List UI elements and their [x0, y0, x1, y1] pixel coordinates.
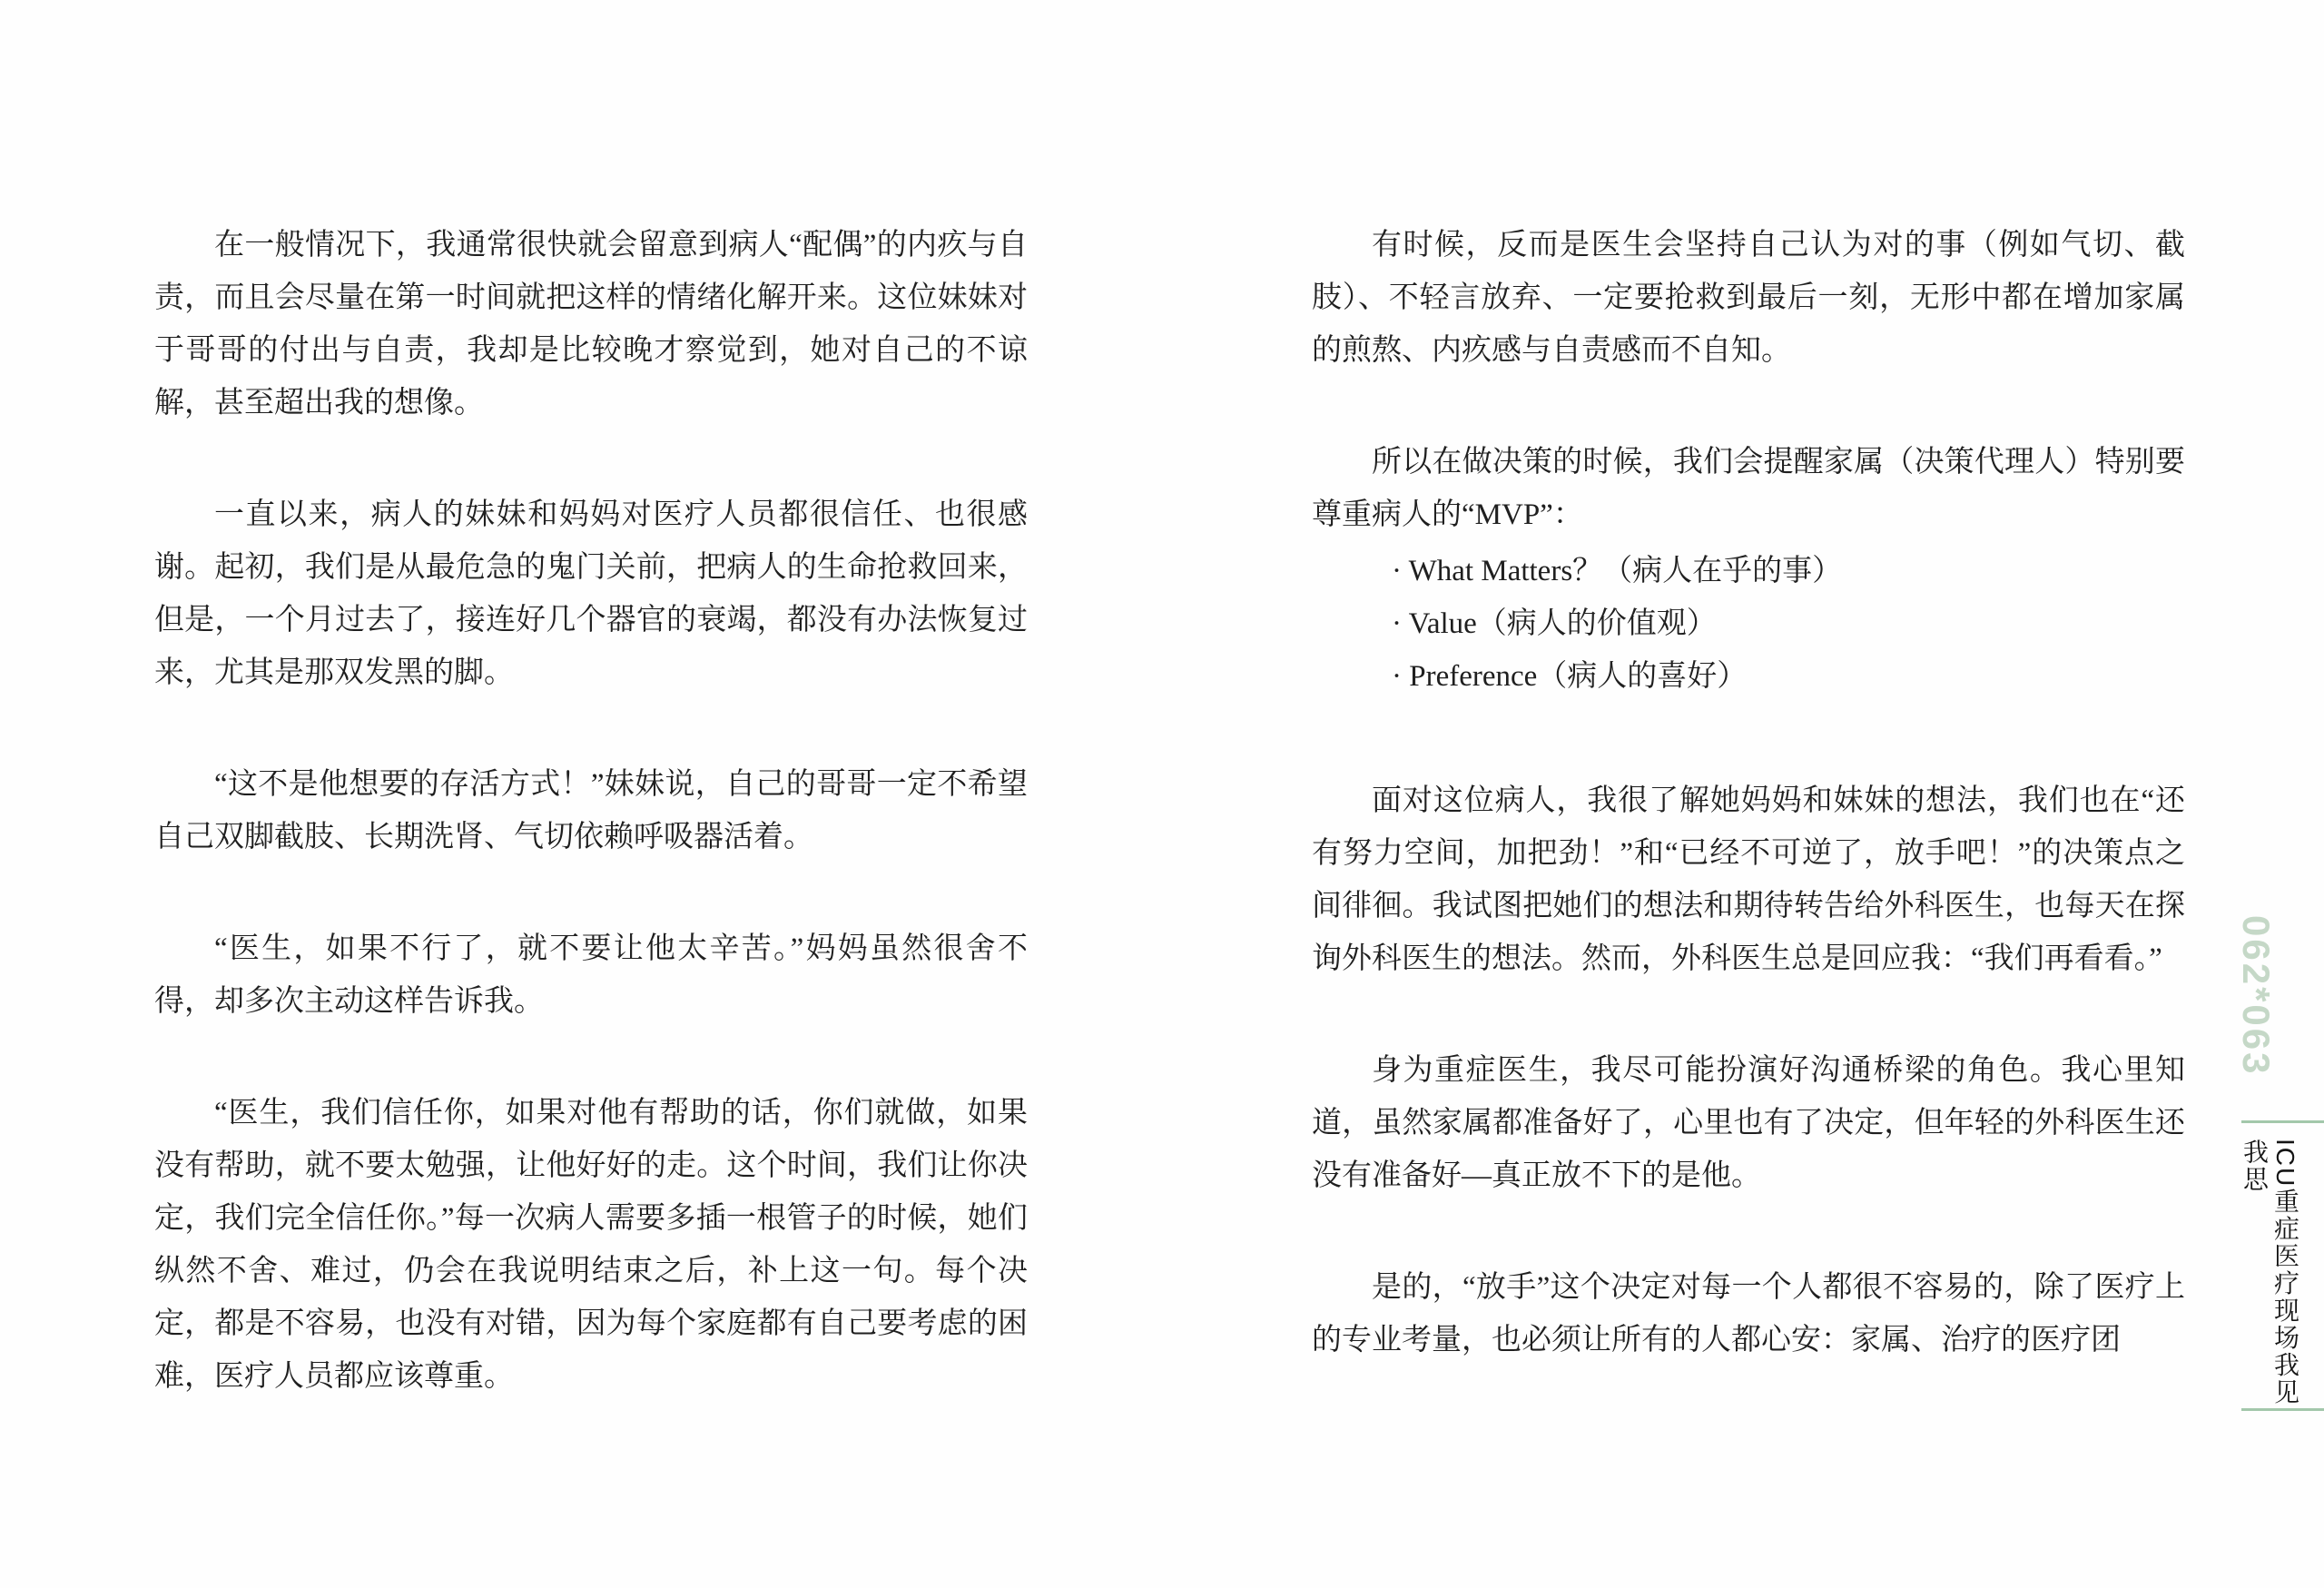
sidebar-rule-bottom: [2241, 1408, 2324, 1411]
left-text-column: 在一般情况下，我通常很快就会留意到病人“配偶”的内疚与自责，而且会尽量在第一时间…: [154, 219, 1028, 1403]
mvp-list-item: · Preference（病人的喜好）: [1392, 650, 2185, 703]
book-spine-title: ICU重症医疗现场我见我思: [2239, 1139, 2300, 1411]
right-text-column: 有时候，反而是医生会坚持自己认为对的事（例如气切、截肢）、不轻言放弃、一定要抢救…: [1312, 219, 2185, 1366]
paragraph: 在一般情况下，我通常很快就会留意到病人“配偶”的内疚与自责，而且会尽量在第一时间…: [154, 219, 1028, 429]
page-number: 062*063: [2235, 915, 2277, 1106]
paragraph: 所以在做决策的时候，我们会提醒家属（决策代理人）特别要尊重病人的“MVP”：: [1312, 436, 2185, 541]
paragraph: 是的，“放手”这个决定对每一个人都很不容易的，除了医疗上的专业考量，也必须让所有…: [1312, 1261, 2185, 1366]
paragraph: “医生，如果不行了，就不要让他太辛苦。”妈妈虽然很舍不得，却多次主动这样告诉我。: [154, 922, 1028, 1028]
paragraph: 面对这位病人，我很了解她妈妈和妹妹的想法，我们也在“还有努力空间，加把劲！”和“…: [1312, 774, 2185, 985]
mvp-list-item: · What Matters？（病人在乎的事）: [1392, 545, 2185, 597]
paragraph: “医生，我们信任你，如果对他有帮助的话，你们就做，如果没有帮助，就不要太勉强，让…: [154, 1087, 1028, 1403]
paragraph: 身为重症医生，我尽可能扮演好沟通桥梁的角色。我心里知道，虽然家属都准备好了，心里…: [1312, 1044, 2185, 1202]
sidebar-rule-top: [2241, 1120, 2324, 1123]
paragraph: “这不是他想要的存活方式！”妹妹说，自己的哥哥一定不希望自己双脚截肢、长期洗肾、…: [154, 758, 1028, 863]
mvp-list-item: · Value（病人的价值观）: [1392, 597, 2185, 650]
book-page: 在一般情况下，我通常很快就会留意到病人“配偶”的内疚与自责，而且会尽量在第一时间…: [0, 0, 2324, 1588]
paragraph: 有时候，反而是医生会坚持自己认为对的事（例如气切、截肢）、不轻言放弃、一定要抢救…: [1312, 219, 2185, 377]
paragraph: 一直以来，病人的妹妹和妈妈对医疗人员都很信任、也很感谢。起初，我们是从最危急的鬼…: [154, 488, 1028, 699]
mvp-list: · What Matters？（病人在乎的事） · Value（病人的价值观） …: [1312, 545, 2185, 703]
